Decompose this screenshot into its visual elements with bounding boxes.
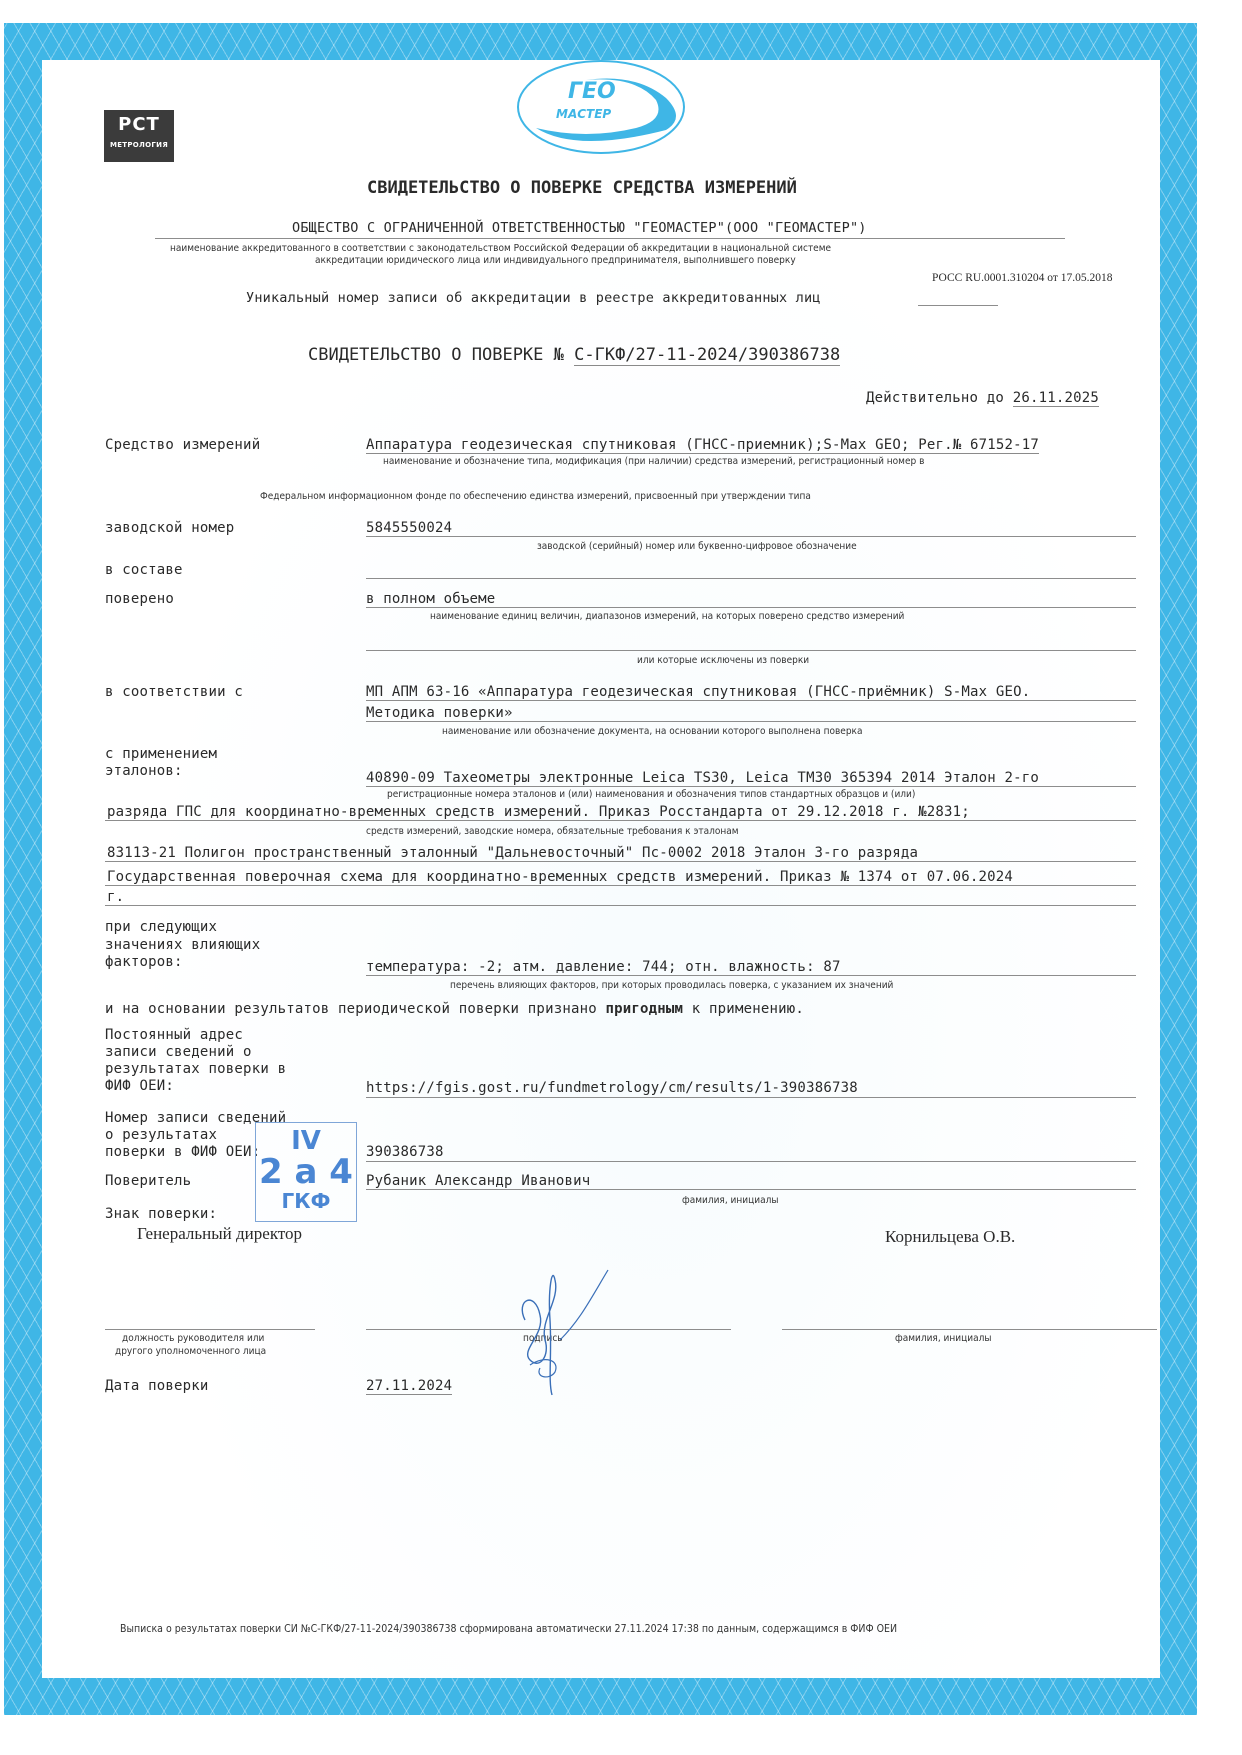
svg-text:ГЕО: ГЕО	[568, 79, 616, 104]
verifier-label: Поверитель	[105, 1173, 191, 1189]
verified-caption-2: или которые исключены из поверки	[637, 655, 809, 666]
address-label-1: Постоянный адрес	[105, 1027, 243, 1043]
verified-underline	[366, 607, 1136, 608]
standards-value-4: Государственная поверочная схема для коо…	[107, 869, 1013, 885]
verifier-name: Рубаник Александр Иванович	[366, 1173, 590, 1189]
rst-metrology-logo: PCT МЕТРОЛОГИЯ	[104, 110, 174, 162]
organization-underline	[155, 238, 1065, 239]
svg-text:МАСТЕР: МАСТЕР	[556, 107, 611, 121]
certificate-number: С-ГКФ/27-11-2024/390386738	[574, 345, 840, 366]
standards-underline-3	[105, 861, 1136, 862]
record-label-3: поверки в ФИФ ОЕИ:	[105, 1144, 260, 1160]
according-underline-1	[366, 700, 1136, 701]
valid-until-row: Действительно до 26.11.2025	[866, 390, 1099, 406]
standards-value-2: разряда ГПС для координатно-временных ср…	[107, 804, 970, 820]
standards-underline-5	[105, 905, 1136, 906]
standards-label-2: эталонов:	[105, 763, 183, 779]
mark-label: Знак поверки:	[105, 1206, 217, 1222]
according-value-2: Методика поверки»	[366, 705, 513, 721]
according-caption: наименование или обозначение документа, …	[442, 726, 862, 737]
verified-caption-1: наименование единиц величин, диапазонов …	[430, 611, 904, 622]
verified-value: в полном объеме	[366, 591, 495, 607]
standards-label-1: с применением	[105, 746, 217, 762]
according-value-1: МП АПМ 63-16 «Аппаратура геодезическая с…	[366, 684, 1030, 700]
standards-value-5: г.	[107, 889, 124, 905]
position-caption-2: другого уполномоченного лица	[115, 1346, 266, 1357]
standards-value-3: 83113-21 Полигон пространственный эталон…	[107, 845, 918, 861]
organization-caption-1: наименование аккредитованного в соответс…	[170, 243, 831, 254]
factors-underline	[366, 975, 1136, 976]
factors-label-1: при следующих	[105, 919, 217, 935]
conclusion-result: пригодным	[605, 1001, 683, 1017]
accreditation-label: Уникальный номер записи об аккредитации …	[246, 290, 821, 306]
instrument-value: Аппаратура геодезическая спутниковая (ГН…	[366, 437, 1039, 454]
geomaster-logo: ГЕО МАСТЕР	[516, 58, 686, 156]
serial-label: заводской номер	[105, 520, 234, 536]
according-label: в соответствии с	[105, 684, 243, 700]
address-label-2: записи сведений о	[105, 1044, 252, 1060]
position-signline	[105, 1329, 315, 1330]
organization-name: ОБЩЕСТВО С ОГРАНИЧЕННОЙ ОТВЕТСТВЕННОСТЬЮ…	[292, 220, 867, 236]
standards-underline-4	[105, 885, 1136, 886]
factors-label-3: факторов:	[105, 954, 183, 970]
rst-logo-text: PCT	[104, 114, 174, 135]
handwritten-signature	[490, 1260, 620, 1400]
date-value: 27.11.2024	[366, 1378, 452, 1395]
position-caption-1: должность руководителя или	[122, 1333, 264, 1344]
rst-logo-caption: МЕТРОЛОГИЯ	[104, 141, 174, 149]
instrument-caption-2: Федеральном информационном фонде по обес…	[260, 491, 811, 502]
organization-caption-2: аккредитации юридического лица или индив…	[315, 255, 796, 266]
address-label-3: результатах поверки в	[105, 1061, 286, 1077]
address-underline	[366, 1097, 1136, 1098]
certificate-number-row: СВИДЕТЕЛЬСТВО О ПОВЕРКЕ № С-ГКФ/27-11-20…	[308, 345, 840, 365]
name-signline	[782, 1329, 1157, 1330]
standards-underline-2	[105, 820, 1136, 821]
verifier-underline	[366, 1189, 1136, 1190]
instrument-label: Средство измерений	[105, 437, 260, 453]
verifier-caption: фамилия, инициалы	[682, 1195, 778, 1206]
standards-caption-1: регистрационные номера эталонов и (или) …	[387, 789, 915, 800]
certificate-number-label: СВИДЕТЕЛЬСТВО О ПОВЕРКЕ №	[308, 345, 564, 365]
footer-note: Выписка о результатах поверки СИ №С-ГКФ/…	[120, 1623, 897, 1635]
accreditation-number: РОСС RU.0001.310204 от 17.05.2018	[932, 272, 1113, 284]
accreditation-underline	[918, 305, 998, 306]
standards-underline-1	[366, 786, 1136, 787]
director-position: Генеральный директор	[137, 1224, 302, 1244]
conclusion: и на основании результатов периодической…	[105, 1001, 804, 1017]
valid-until-date: 26.11.2025	[1013, 390, 1099, 407]
factors-caption: перечень влияющих факторов, при которых …	[450, 980, 893, 991]
stamp-quarter: IV	[256, 1127, 356, 1155]
serial-value: 5845550024	[366, 520, 452, 536]
verified-underline-2	[366, 650, 1136, 651]
serial-caption: заводской (серийный) номер или буквенно-…	[537, 541, 857, 552]
conclusion-suffix: к применению.	[692, 1001, 804, 1017]
stamp-code: 2 а 4	[256, 1155, 356, 1189]
composition-underline	[366, 578, 1136, 579]
fgis-link[interactable]: https://fgis.gost.ru/fundmetrology/cm/re…	[366, 1080, 858, 1096]
instrument-caption-1: наименование и обозначение типа, модифик…	[383, 456, 924, 467]
conclusion-prefix: и на основании результатов периодической…	[105, 1001, 597, 1017]
record-underline	[366, 1161, 1136, 1162]
director-name: Корнильцева О.В.	[885, 1227, 1015, 1247]
name-caption: фамилия, инициалы	[895, 1333, 991, 1344]
standards-value-1: 40890-09 Тахеометры электронные Leica TS…	[366, 770, 1039, 786]
date-label: Дата поверки	[105, 1378, 209, 1394]
factors-label-2: значениях влияющих	[105, 937, 260, 953]
address-label-4: ФИФ ОЕИ:	[105, 1078, 174, 1094]
document-title: СВИДЕТЕЛЬСТВО О ПОВЕРКЕ СРЕДСТВА ИЗМЕРЕН…	[367, 178, 797, 198]
standards-caption-2: средств измерений, заводские номера, обя…	[366, 826, 739, 837]
record-number-value: 390386738	[366, 1144, 444, 1160]
stamp-org: ГКФ	[256, 1189, 356, 1213]
valid-until-label: Действительно до	[866, 390, 1004, 406]
factors-value: температура: -2; атм. давление: 744; отн…	[366, 959, 841, 975]
serial-underline	[366, 536, 1136, 537]
verification-stamp: IV 2 а 4 ГКФ	[255, 1122, 357, 1222]
record-label-2: о результатах	[105, 1127, 217, 1143]
verified-label: поверено	[105, 591, 174, 607]
according-underline-2	[366, 721, 1136, 722]
composition-label: в составе	[105, 562, 183, 578]
